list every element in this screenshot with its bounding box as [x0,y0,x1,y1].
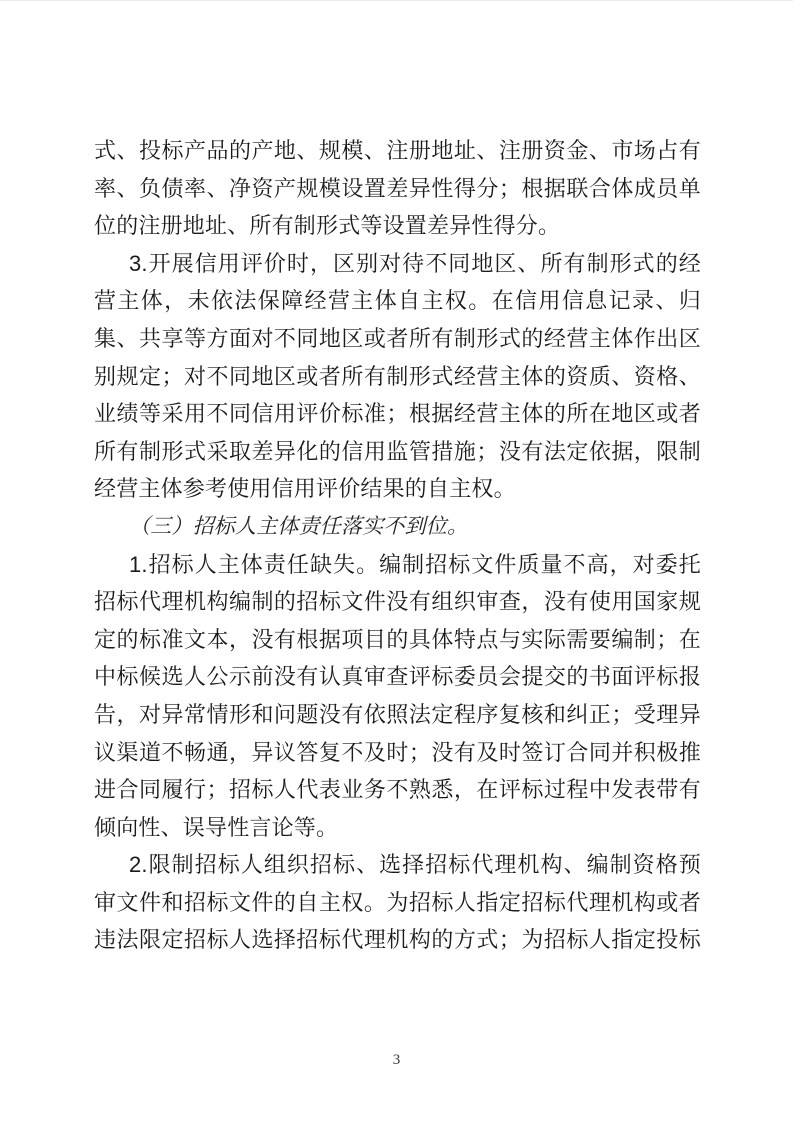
text-line: 所有制形式采取差异化的信用监管措施；没有法定依据，限制 [94,433,701,471]
text-line: 位的注册地址、所有制形式等设置差异性得分。 [94,207,701,245]
text-line: 中标候选人公示前没有认真审查评标委员会提交的书面评标报 [94,658,701,696]
paragraph: 1.招标人主体责任缺失。编制招标文件质量不高，对委托招标代理机构编制的招标文件没… [94,546,701,847]
text-line: 式、投标产品的产地、规模、注册地址、注册资金、市场占有 [94,132,701,170]
page-number: 3 [393,1052,401,1068]
document-body: 式、投标产品的产地、规模、注册地址、注册资金、市场占有率、负债率、净资产规模设置… [94,132,701,959]
paragraph: 式、投标产品的产地、规模、注册地址、注册资金、市场占有率、负债率、净资产规模设置… [94,132,701,245]
text-line: 2.限制招标人组织招标、选择招标代理机构、编制资格预 [94,846,701,884]
text-line: 违法限定招标人选择招标代理机构的方式；为招标人指定投标 [94,921,701,959]
section-subheading: （三）招标人主体责任落实不到位。 [94,508,701,546]
text-line: 审文件和招标文件的自主权。为招标人指定招标代理机构或者 [94,884,701,922]
text-line: 招标代理机构编制的招标文件没有组织审查，没有使用国家规 [94,583,701,621]
paragraph: 3.开展信用评价时，区别对待不同地区、所有制形式的经营主体，未依法保障经营主体自… [94,245,701,508]
text-line: 率、负债率、净资产规模设置差异性得分；根据联合体成员单 [94,170,701,208]
text-line: 经营主体参考使用信用评价结果的自主权。 [94,470,701,508]
text-line: 告，对异常情形和问题没有依照法定程序复核和纠正；受理异 [94,696,701,734]
text-line: 3.开展信用评价时，区别对待不同地区、所有制形式的经 [94,245,701,283]
text-line: 定的标准文本，没有根据项目的具体特点与实际需要编制；在 [94,621,701,659]
page-footer: 3 [0,1050,793,1070]
text-line: 营主体，未依法保障经营主体自主权。在信用信息记录、归 [94,282,701,320]
text-line: 业绩等采用不同信用评价标准；根据经营主体的所在地区或者 [94,395,701,433]
text-line: （三）招标人主体责任落实不到位。 [94,508,701,546]
text-line: 1.招标人主体责任缺失。编制招标文件质量不高，对委托 [94,546,701,584]
text-line: 别规定；对不同地区或者所有制形式经营主体的资质、资格、 [94,358,701,396]
document-page: 式、投标产品的产地、规模、注册地址、注册资金、市场占有率、负债率、净资产规模设置… [0,0,793,1123]
text-line: 议渠道不畅通，异议答复不及时；没有及时签订合同并积极推 [94,734,701,772]
paragraph: 2.限制招标人组织招标、选择招标代理机构、编制资格预审文件和招标文件的自主权。为… [94,846,701,959]
text-line: 倾向性、误导性言论等。 [94,809,701,847]
text-line: 集、共享等方面对不同地区或者所有制形式的经营主体作出区 [94,320,701,358]
text-line: 进合同履行；招标人代表业务不熟悉，在评标过程中发表带有 [94,771,701,809]
